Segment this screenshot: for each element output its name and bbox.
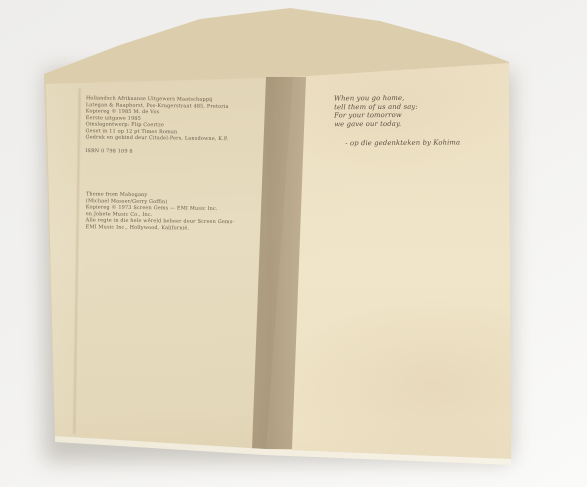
epigraph-block: When you go home, tell them of us and sa… xyxy=(334,94,470,148)
epigraph-line: we gave our today. xyxy=(334,120,470,129)
imprint-block: Hollandsch Afrikaanse Uitgewers Maatscha… xyxy=(85,95,235,156)
imprint-line: Gedruk en gebind deur Citadel-Pers, Lans… xyxy=(85,134,234,142)
epigraph-attribution: - op die gedenkteken by Kohima xyxy=(345,139,470,148)
music-credits-block: Theme from Mahogany (Michael Masser/Gerr… xyxy=(86,191,235,232)
book-photo: Hollandsch Afrikaanse Uitgewers Maatscha… xyxy=(0,0,587,487)
